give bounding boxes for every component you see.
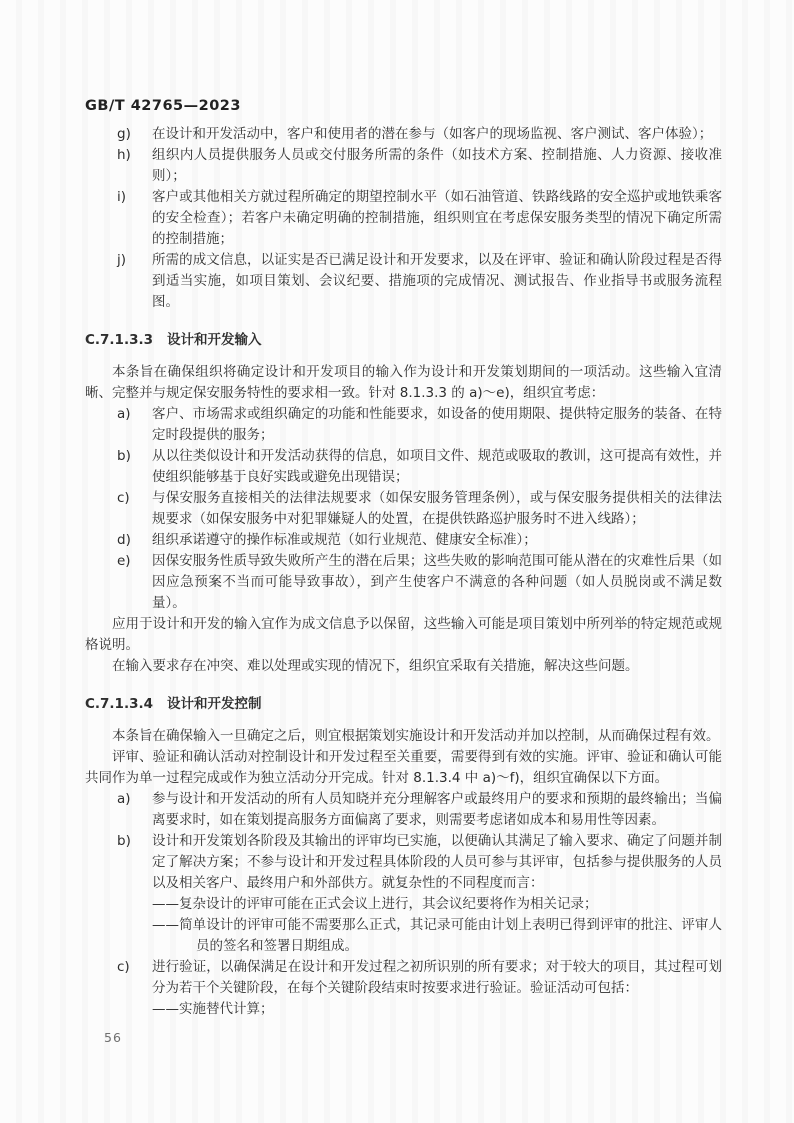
list-item-j: j) 所需的成文信息，以证实是否已满足设计和开发要求，以及在评审、验证和确认阶段… [85, 250, 722, 313]
list-item-text: 在设计和开发活动中，客户和使用者的潜在参与（如客户的现场监视、客户测试、客户体验… [152, 124, 722, 145]
control-list: a) 参与设计和开发活动的所有人员知晓并充分理解客户或最终用户的要求和预期的最终… [85, 789, 722, 1020]
list-item-text: 设计和开发策划各阶段及其输出的评审均已实施，以便确认其满足了输入要求、确定了问题… [152, 831, 722, 894]
list-item-text: 客户、市场需求或组织确定的功能和性能要求，如设备的使用期限、提供特定服务的装备、… [152, 404, 722, 446]
paragraph-input-conflict: 在输入要求存在冲突、难以处理或实现的情况下，组织宜采取有关措施，解决这些问题。 [85, 656, 722, 677]
paragraph-control-review: 评审、验证和确认活动对控制设计和开发过程至关重要，需要得到有效的实施。评审、验证… [85, 747, 722, 789]
list-item-body: 设计和开发策划各阶段及其输出的评审均已实施，以便确认其满足了输入要求、确定了问题… [152, 831, 722, 957]
section-heading-design-input: C.7.1.3.3设计和开发输入 [85, 330, 722, 351]
list-item-c: c) 进行验证，以确保满足在设计和开发过程之初所识别的所有要求；对于较大的项目，… [85, 957, 722, 1020]
list-item-label: i) [85, 187, 152, 250]
section-title: 设计和开发控制 [167, 696, 262, 712]
list-item-label: a) [85, 789, 152, 831]
list-item-g: g) 在设计和开发活动中，客户和使用者的潜在参与（如客户的现场监视、客户测试、客… [85, 124, 722, 145]
list-item-label: g) [85, 124, 152, 145]
list-item-a: a) 客户、市场需求或组织确定的功能和性能要求，如设备的使用期限、提供特定服务的… [85, 404, 722, 446]
input-list: a) 客户、市场需求或组织确定的功能和性能要求，如设备的使用期限、提供特定服务的… [85, 404, 722, 614]
list-item-text: 组织内人员提供服务人员或交付服务所需的条件（如技术方案、控制措施、人力资源、接收… [152, 145, 722, 187]
section-number: C.7.1.3.3 [85, 332, 153, 348]
page-number: 56 [104, 1030, 122, 1045]
list-item-text: 组织承诺遵守的操作标准或规范（如行业规范、健康安全标准）； [152, 530, 722, 551]
list-item-label: j) [85, 250, 152, 313]
list-item-text: 因保安服务性质导致失败所产生的潜在后果；这些失败的影响范围可能从潜在的灾难性后果… [152, 551, 722, 614]
list-item-text: 参与设计和开发活动的所有人员知晓并充分理解客户或最终用户的要求和预期的最终输出；… [152, 789, 722, 831]
list-item-label: d) [85, 530, 152, 551]
list-item-text: 所需的成文信息，以证实是否已满足设计和开发要求，以及在评审、验证和确认阶段过程是… [152, 250, 722, 313]
list-item-label: e) [85, 551, 152, 614]
section-heading-design-control: C.7.1.3.4设计和开发控制 [85, 694, 722, 715]
list-item-e: e) 因保安服务性质导致失败所产生的潜在后果；这些失败的影响范围可能从潜在的灾难… [85, 551, 722, 614]
list-item-i: i) 客户或其他相关方就过程所确定的期望控制水平（如石油管道、铁路线路的安全巡护… [85, 187, 722, 250]
section-number: C.7.1.3.4 [85, 696, 153, 712]
list-item-label: c) [85, 488, 152, 530]
document-page: GB/T 42765—2023 g) 在设计和开发活动中，客户和使用者的潜在参与… [0, 0, 794, 1123]
list-item-label: c) [85, 957, 152, 1020]
paragraph-input-retain: 应用于设计和开发的输入宜作为成文信息予以保留，这些输入可能是项目策划中所列举的特… [85, 614, 722, 656]
list-item-a: a) 参与设计和开发活动的所有人员知晓并充分理解客户或最终用户的要求和预期的最终… [85, 789, 722, 831]
list-item-text: 进行验证，以确保满足在设计和开发过程之初所识别的所有要求；对于较大的项目，其过程… [152, 957, 722, 999]
list-item-label: b) [85, 831, 152, 957]
list-item-text: 从以往类似设计和开发活动获得的信息，如项目文件、规范或吸取的教训，这可提高有效性… [152, 446, 722, 488]
paragraph-input-intro: 本条旨在确保组织将确定设计和开发项目的输入作为设计和开发策划期间的一项活动。这些… [85, 362, 722, 404]
top-list: g) 在设计和开发活动中，客户和使用者的潜在参与（如客户的现场监视、客户测试、客… [85, 124, 722, 313]
section-title: 设计和开发输入 [167, 332, 262, 348]
list-item-label: h) [85, 145, 152, 187]
list-item-text: 与保安服务直接相关的法律法规要求（如保安服务管理条例），或与保安服务提供相关的法… [152, 488, 722, 530]
dash-item: ——实施替代计算； [152, 999, 722, 1020]
list-item-d: d) 组织承诺遵守的操作标准或规范（如行业规范、健康安全标准）； [85, 530, 722, 551]
list-item-text: 客户或其他相关方就过程所确定的期望控制水平（如石油管道、铁路线路的安全巡护或地铁… [152, 187, 722, 250]
list-item-b: b) 从以往类似设计和开发活动获得的信息，如项目文件、规范或吸取的教训，这可提高… [85, 446, 722, 488]
list-item-label: a) [85, 404, 152, 446]
dash-item: ——简单设计的评审可能不需要那么正式，其记录可能由计划上表明已得到评审的批注、评… [152, 915, 722, 957]
list-item-c: c) 与保安服务直接相关的法律法规要求（如保安服务管理条例），或与保安服务提供相… [85, 488, 722, 530]
list-item-b: b) 设计和开发策划各阶段及其输出的评审均已实施，以便确认其满足了输入要求、确定… [85, 831, 722, 957]
paragraph-control-intro: 本条旨在确保输入一旦确定之后，则宜根据策划实施设计和开发活动并加以控制，从而确保… [85, 726, 722, 747]
list-item-body: 进行验证，以确保满足在设计和开发过程之初所识别的所有要求；对于较大的项目，其过程… [152, 957, 722, 1020]
list-item-h: h) 组织内人员提供服务人员或交付服务所需的条件（如技术方案、控制措施、人力资源… [85, 145, 722, 187]
document-body: g) 在设计和开发活动中，客户和使用者的潜在参与（如客户的现场监视、客户测试、客… [85, 124, 722, 1020]
doc-code-header: GB/T 42765—2023 [85, 98, 241, 114]
list-item-label: b) [85, 446, 152, 488]
dash-item: ——复杂设计的评审可能在正式会议上进行，其会议纪要将作为相关记录； [152, 894, 722, 915]
